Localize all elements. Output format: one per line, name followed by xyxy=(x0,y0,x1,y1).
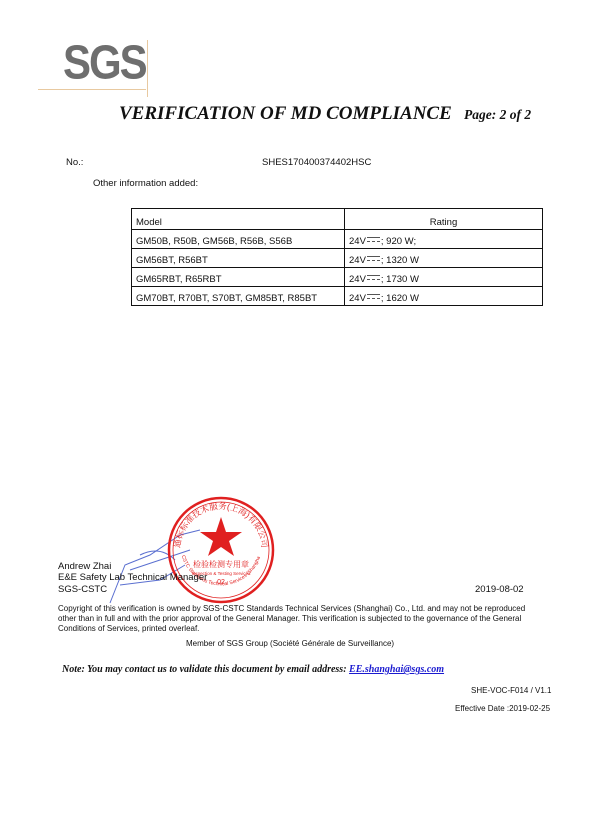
rating-table: Model Rating GM50B, R50B, GM56B, R56B, S… xyxy=(131,208,543,306)
table-row: GM50B, R50B, GM56B, R56B, S56B24V; 920 W… xyxy=(132,230,543,249)
rating-cell: 24V; 1730 W xyxy=(345,268,543,287)
model-cell: GM50B, R50B, GM56B, R56B, S56B xyxy=(132,230,345,249)
model-cell: GM70BT, R70BT, S70BT, GM85BT, R85BT xyxy=(132,287,345,306)
signer-org: SGS-CSTC xyxy=(58,584,107,595)
sgs-logo: SGS xyxy=(63,38,146,86)
form-code: SHE-VOC-F014 / V1.1 xyxy=(471,686,551,695)
direct-current-icon xyxy=(367,294,380,301)
effective-date: Effective Date :2019-02-25 xyxy=(455,704,550,713)
header-model: Model xyxy=(132,209,345,230)
email-link[interactable]: EE.shanghai@sgs.com xyxy=(349,664,444,675)
header-rating: Rating xyxy=(345,209,543,230)
direct-current-icon xyxy=(367,275,380,282)
model-cell: GM56BT, R56BT xyxy=(132,249,345,268)
number-label: No.: xyxy=(66,157,83,168)
member-notice: Member of SGS Group (Société Générale de… xyxy=(186,639,394,648)
page-number: Page: 2 of 2 xyxy=(464,107,531,123)
note-text: Note: You may contact us to validate thi… xyxy=(62,664,349,675)
validation-note: Note: You may contact us to validate thi… xyxy=(62,664,444,675)
copyright-notice: Copyright of this verification is owned … xyxy=(58,604,538,634)
model-cell: GM65RBT, R65RBT xyxy=(132,268,345,287)
official-seal-stamp: 检验检测专用章 Inspection & Testing Services 02… xyxy=(166,495,276,605)
document-title: VERIFICATION OF MD COMPLIANCE xyxy=(119,103,452,125)
table-row: GM65RBT, R65RBT24V; 1730 W xyxy=(132,268,543,287)
rating-cell: 24V; 1320 W xyxy=(345,249,543,268)
rating-cell: 24V; 1620 W xyxy=(345,287,543,306)
other-info-label: Other information added: xyxy=(93,178,198,189)
svg-text:检验检测专用章: 检验检测专用章 xyxy=(193,559,249,569)
signer-title: E&E Safety Lab Technical Manager xyxy=(58,572,207,583)
signature-date: 2019-08-02 xyxy=(475,584,524,595)
logo-horizontal-rule xyxy=(38,89,146,90)
direct-current-icon xyxy=(367,256,380,263)
logo-vertical-rule xyxy=(147,40,148,97)
signer-name: Andrew Zhai xyxy=(58,561,111,572)
rating-cell: 24V; 920 W; xyxy=(345,230,543,249)
table-header-row: Model Rating xyxy=(132,209,543,230)
table-row: GM70BT, R70BT, S70BT, GM85BT, R85BT24V; … xyxy=(132,287,543,306)
table-row: GM56BT, R56BT24V; 1320 W xyxy=(132,249,543,268)
direct-current-icon xyxy=(367,237,380,244)
number-value: SHES170400374402HSC xyxy=(262,157,371,168)
